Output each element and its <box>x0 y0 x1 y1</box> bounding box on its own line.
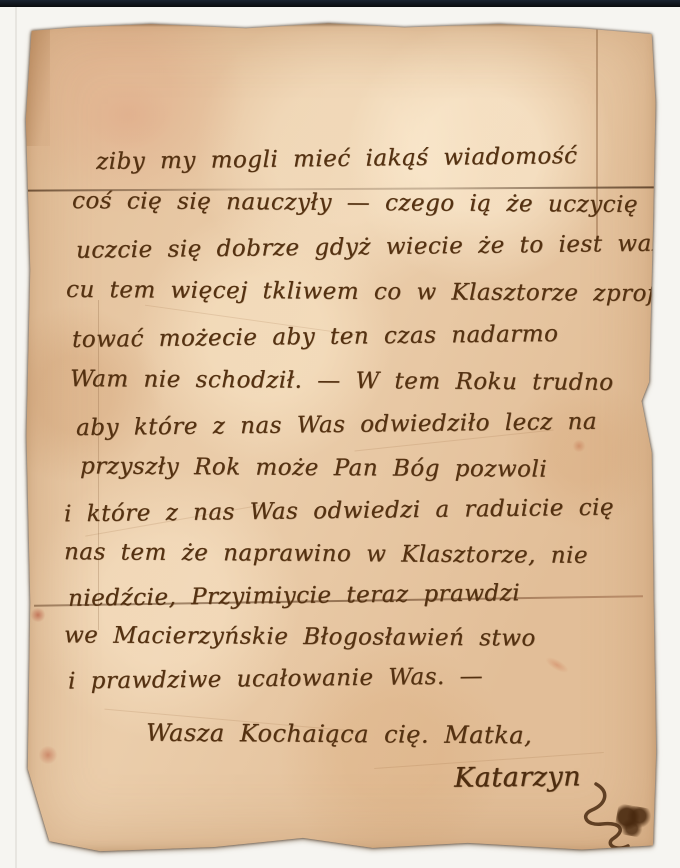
paper-top-edge-shadow <box>24 20 658 27</box>
folded-corner <box>24 26 50 146</box>
stain <box>84 80 174 150</box>
letter-paper-wrapper: ziby my mogli mieć iakąś wiadomość coś c… <box>24 20 658 852</box>
letter-signature: Katarzyn <box>454 761 581 794</box>
handwritten-line: ziby my mogli mieć iakąś wiadomość <box>96 143 578 175</box>
handwritten-line: we Macierzyńskie Błogosławień stwo <box>64 622 536 651</box>
handwritten-line: i które z nas Was odwiedzi a raduicie ci… <box>64 495 614 528</box>
handwritten-line: przyszły Rok może Pan Bóg pozwoli <box>80 453 547 482</box>
stain <box>38 746 58 764</box>
handwritten-line: nas tem że naprawino w Klasztorze, nie <box>64 539 588 569</box>
handwritten-line: uczcie się dobrze gdyż wiecie że to iest… <box>76 230 680 264</box>
background-crease <box>15 7 17 868</box>
stain <box>543 654 571 676</box>
handwritten-line: aby które z nas Was odwiedziło lecz na <box>76 409 597 441</box>
handwritten-line: niedźcie, Przyimiycie teraz prawdzi <box>68 580 520 612</box>
handwritten-line: Wam nie schodził. — W tem Roku trudno <box>70 366 614 396</box>
stain <box>30 608 46 622</box>
ink-blot <box>614 803 653 838</box>
handwritten-line: tować możecie aby ten czas nadarmo <box>72 321 559 353</box>
letter-paper: ziby my mogli mieć iakąś wiadomość coś c… <box>24 20 658 852</box>
scanner-edge-bar <box>0 0 680 7</box>
stain <box>572 440 586 452</box>
handwritten-line: i prawdziwe ucałowanie Was. — <box>68 663 483 694</box>
letter-closing: Wasza Kochaiąca cię. Matka, <box>146 719 532 750</box>
handwritten-line: cu tem więcej tkliwem co w Klasztorze zp… <box>66 277 680 307</box>
handwritten-line: coś cię się nauczyły — czego ią że uczyc… <box>72 188 638 218</box>
